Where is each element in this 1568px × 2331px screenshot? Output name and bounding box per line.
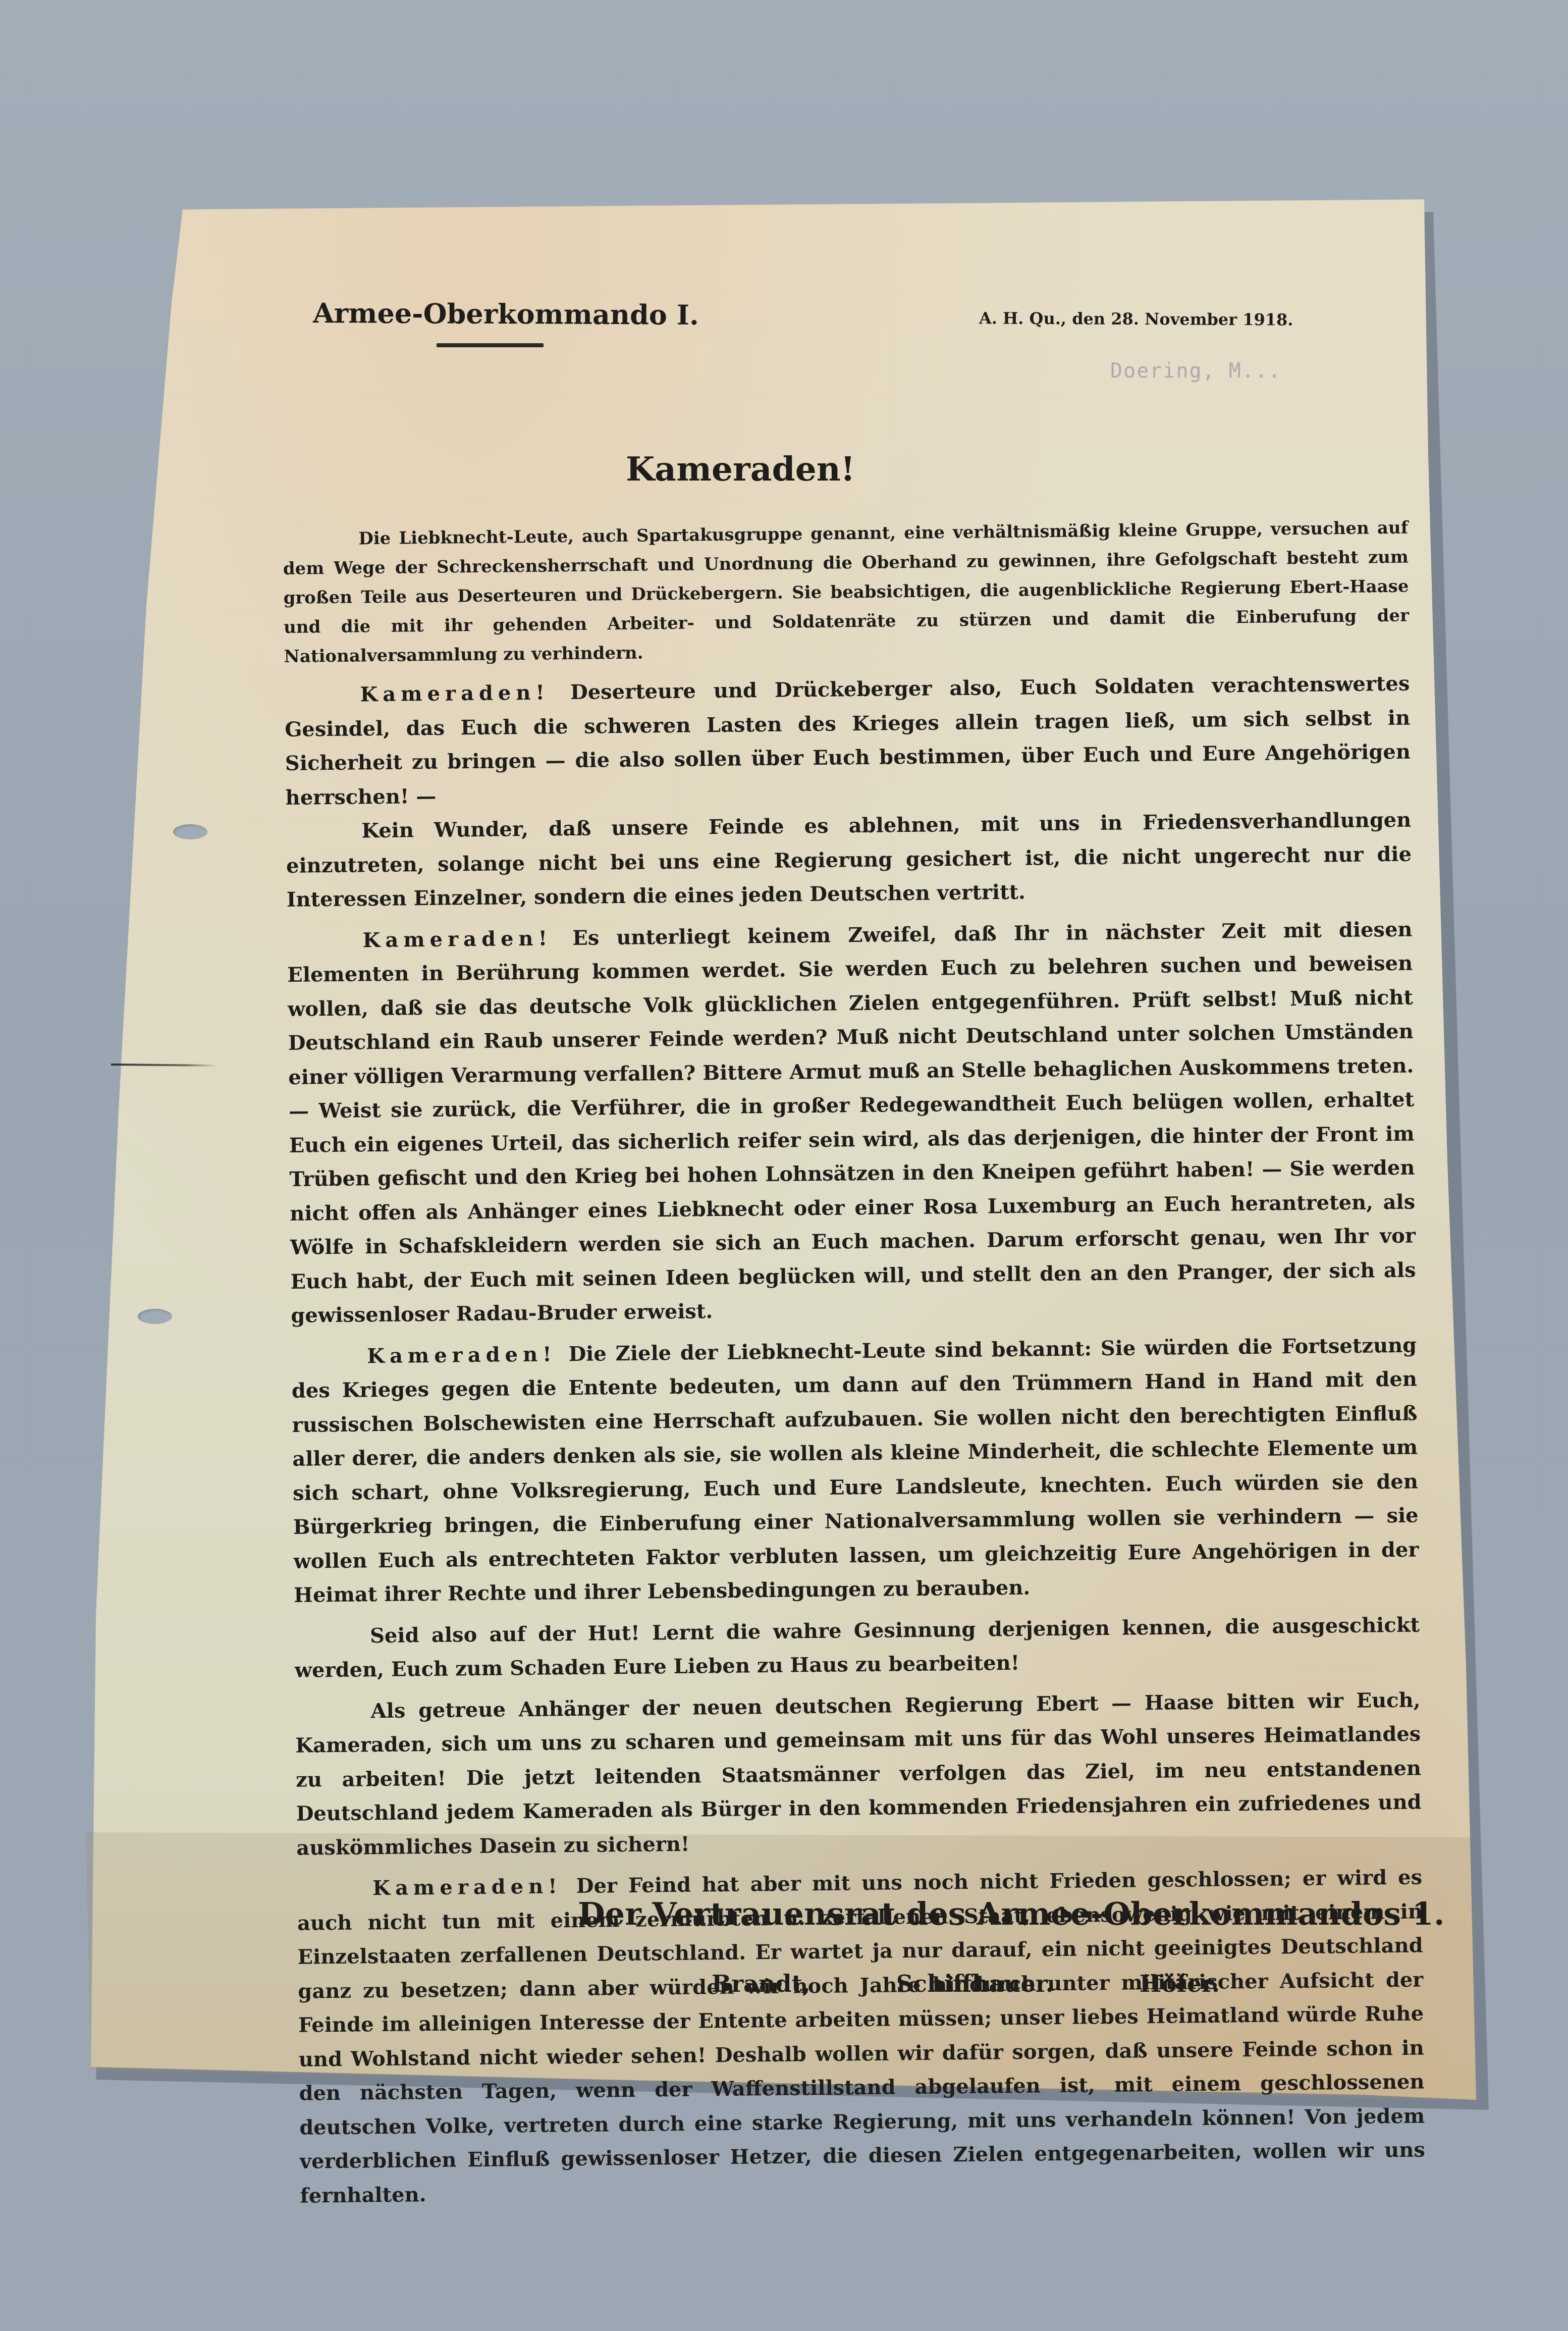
signatory-3: Höfer. [1140, 1970, 1220, 1997]
paragraph-3: Kein Wunder, daß unsere Feinde es ablehn… [286, 803, 1412, 917]
paragraph-7: Als getreue Anhänger der neuen deutschen… [295, 1683, 1422, 1865]
paragraph-6: Seid also auf der Hut! Lernt die wahre G… [294, 1608, 1420, 1687]
paragraph-lead: Kameraden! [362, 926, 552, 952]
document-content: Armee-Oberkommando I. A. H. Qu., den 28.… [0, 0, 1568, 2331]
issuer-underline [437, 343, 544, 347]
paragraph-4: Kameraden! Es unterliegt keinem Zweifel,… [287, 912, 1416, 1333]
paragraph-text: Es unterliegt keinem Zweifel, daß Ihr in… [287, 917, 1416, 1328]
paragraph-1: Die Liebknecht-Leute, auch Spartakusgrup… [283, 513, 1410, 671]
paragraph-lead: Kameraden! [367, 1342, 557, 1368]
council-name: Der Vertrauensrat des Armee-Oberkommando… [578, 1895, 1436, 1932]
signatory-2: Schiffhauer. [896, 1970, 1054, 1997]
signatory-1: Brandt, [712, 1970, 810, 1997]
signatory-names: Brandt, Schiffhauer. Höfer. [578, 1970, 1436, 1997]
signature-block: Der Vertrauensrat des Armee-Oberkommando… [578, 1895, 1436, 1997]
paragraph-text: Seid also auf der Hut! Lernt die wahre G… [295, 1613, 1420, 1682]
issuer-heading: Armee-Oberkommando I. [313, 297, 699, 331]
paragraph-lead: Kameraden! [372, 1874, 562, 1900]
place-date: A. H. Qu., den 28. November 1918. [979, 308, 1293, 329]
paragraph-5: Kameraden! Die Ziele der Liebknecht-Leut… [291, 1328, 1420, 1612]
faded-stamp: Doering, M... [1110, 359, 1281, 383]
paragraph-text: Die Liebknecht-Leute, auch Spartakusgrup… [283, 518, 1410, 667]
paragraph-lead: Kameraden! [360, 680, 550, 706]
paragraph-text: Die Ziele der Liebknecht-Leute sind beka… [292, 1333, 1419, 1607]
paragraph-text: Als getreue Anhänger der neuen deutschen… [295, 1688, 1422, 1860]
document-title: Kameraden! [626, 449, 855, 489]
paragraph-text: Kein Wunder, daß unsere Feinde es ablehn… [286, 808, 1412, 912]
paragraph-2: Kameraden! Deserteure und Drückeberger a… [284, 667, 1411, 815]
